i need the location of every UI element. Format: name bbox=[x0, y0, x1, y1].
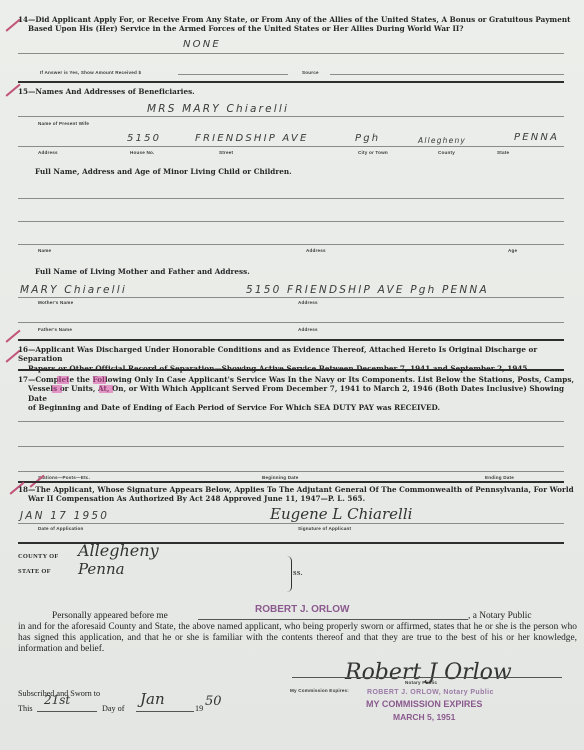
wife-name-line bbox=[18, 116, 564, 117]
child-row-line-2[interactable] bbox=[18, 221, 564, 222]
highlight-mark bbox=[99, 385, 113, 393]
answer-line bbox=[18, 53, 564, 54]
parents-heading: Full Name of Living Mother and Father an… bbox=[35, 267, 250, 276]
q14-line1: 14—Did Applicant Apply For, or Receive F… bbox=[18, 15, 570, 24]
ending-date-label: Ending Date bbox=[485, 475, 514, 480]
children-heading: Full Name, Address and Age of Minor Livi… bbox=[35, 167, 292, 176]
q16-line1: 16—Applicant Was Discharged Under Honora… bbox=[18, 345, 537, 363]
appeared-prefix: Personally appeared before me bbox=[52, 611, 168, 622]
address-label: Address bbox=[38, 150, 58, 155]
county-field[interactable]: Allegheny bbox=[418, 136, 466, 145]
service-row-line-1[interactable] bbox=[18, 421, 564, 422]
wife-name-label: Name of Present Wife bbox=[38, 121, 89, 126]
year-field[interactable]: 50 bbox=[205, 694, 222, 709]
state-label: STATE OF bbox=[18, 568, 51, 575]
mother-name-label: Mother's Name bbox=[38, 300, 73, 305]
house-no-field[interactable]: 5150 bbox=[127, 133, 161, 144]
highlight-mark bbox=[52, 385, 62, 393]
applicant-signature[interactable]: Eugene L Chiarelli bbox=[270, 505, 412, 523]
day-of-label: Day of bbox=[102, 703, 125, 714]
bracket bbox=[287, 556, 292, 592]
q14-line2: Based Upon His (Her) Service in the Arme… bbox=[18, 24, 574, 33]
child-address-label: Address bbox=[306, 248, 326, 253]
signature-label: Signature of Applicant bbox=[298, 526, 351, 531]
wife-name-field[interactable]: MRS MARY Chiarelli bbox=[147, 103, 289, 115]
state-label: State bbox=[497, 150, 509, 155]
q18-statement: 18—The Applicant, Whose Signature Appear… bbox=[18, 485, 574, 504]
highlight-mark bbox=[57, 376, 69, 384]
child-age-label: Age bbox=[508, 248, 517, 253]
date-label: Date of Application bbox=[38, 526, 84, 531]
stations-label: Stations—Posts—Etc. bbox=[38, 475, 90, 480]
street-label: Street bbox=[219, 150, 233, 155]
day-line bbox=[37, 711, 97, 712]
notary-signature-line bbox=[292, 677, 562, 678]
ss-label: SS. bbox=[293, 570, 303, 577]
section-divider bbox=[18, 369, 564, 371]
month-field[interactable]: Jan bbox=[140, 690, 165, 708]
application-date-field[interactable]: JAN 17 1950 bbox=[20, 510, 109, 522]
county-field[interactable]: Allegheny bbox=[78, 541, 159, 560]
mother-address-label: Address bbox=[298, 300, 318, 305]
application-form-page: 14—Did Applicant Apply For, or Receive F… bbox=[0, 0, 584, 750]
source-field-line[interactable] bbox=[330, 74, 564, 75]
q18-line1: 18—The Applicant, Whose Signature Appear… bbox=[18, 485, 574, 494]
month-line bbox=[136, 711, 194, 712]
q14-question: 14—Did Applicant Apply For, or Receive F… bbox=[18, 15, 574, 34]
section-divider bbox=[18, 81, 564, 83]
q15-heading: 15—Names And Addresses of Beneficiaries. bbox=[18, 87, 195, 96]
father-name-label: Father's Name bbox=[38, 327, 72, 332]
child-name-label: Name bbox=[38, 248, 51, 253]
notary-name-stamp: ROBERT J. ORLOW bbox=[255, 604, 349, 615]
house-no-label: House No. bbox=[130, 150, 155, 155]
county-label: COUNTY OF bbox=[18, 553, 59, 560]
this-label: This bbox=[18, 703, 33, 714]
appeared-suffix: , a Notary Public bbox=[468, 611, 532, 622]
address-line bbox=[18, 146, 564, 147]
commission-label: My Commission Expires: bbox=[290, 688, 349, 693]
state-field[interactable]: Penna bbox=[78, 560, 125, 578]
father-line[interactable] bbox=[18, 322, 564, 323]
state-field[interactable]: PENNA bbox=[514, 132, 559, 143]
city-field[interactable]: Pgh bbox=[355, 133, 380, 144]
stamp-line-1: ROBERT J. ORLOW, Notary Public bbox=[367, 689, 494, 696]
stamp-line-2: MY COMMISSION EXPIRES bbox=[366, 699, 482, 709]
notary-statement: in and for the aforesaid County and Stat… bbox=[18, 622, 577, 655]
highlight-mark bbox=[93, 376, 106, 384]
year-prefix: 19 bbox=[195, 703, 203, 714]
stamp-line-3: MARCH 5, 1951 bbox=[393, 712, 455, 722]
street-field[interactable]: FRIENDSHIP AVE bbox=[195, 133, 308, 144]
day-field[interactable]: 21st bbox=[44, 693, 70, 707]
child-row-line-1[interactable] bbox=[18, 198, 564, 199]
beginning-date-label: Beginning Date bbox=[262, 475, 299, 480]
city-label: City or Town bbox=[358, 150, 388, 155]
child-row-line-3[interactable] bbox=[18, 244, 564, 245]
amount-field-line[interactable] bbox=[178, 74, 288, 75]
mother-address-field[interactable]: 5150 FRIENDSHIP AVE Pgh PENNA bbox=[246, 284, 489, 296]
signature-line bbox=[18, 523, 564, 524]
mother-line bbox=[18, 297, 564, 298]
mother-name-field[interactable]: MARY Chiarelli bbox=[20, 284, 127, 296]
q17-line3: of Beginning and Date of Ending of Each … bbox=[18, 403, 574, 412]
notary-public-label: Notary Public bbox=[405, 680, 437, 685]
amount-label: If Answer is Yes, Show Amount Received $ bbox=[40, 70, 141, 75]
source-label: Source bbox=[302, 70, 319, 75]
county-label: County bbox=[438, 150, 455, 155]
q14-answer-field[interactable]: NONE bbox=[183, 39, 221, 50]
service-row-line-3[interactable] bbox=[18, 471, 564, 472]
service-row-line-2[interactable] bbox=[18, 446, 564, 447]
father-address-label: Address bbox=[298, 327, 318, 332]
section-divider bbox=[18, 481, 564, 483]
q18-line2: War II Compensation As Authorized By Act… bbox=[18, 494, 574, 503]
notary-name-line bbox=[198, 619, 468, 620]
section-divider bbox=[18, 339, 564, 341]
